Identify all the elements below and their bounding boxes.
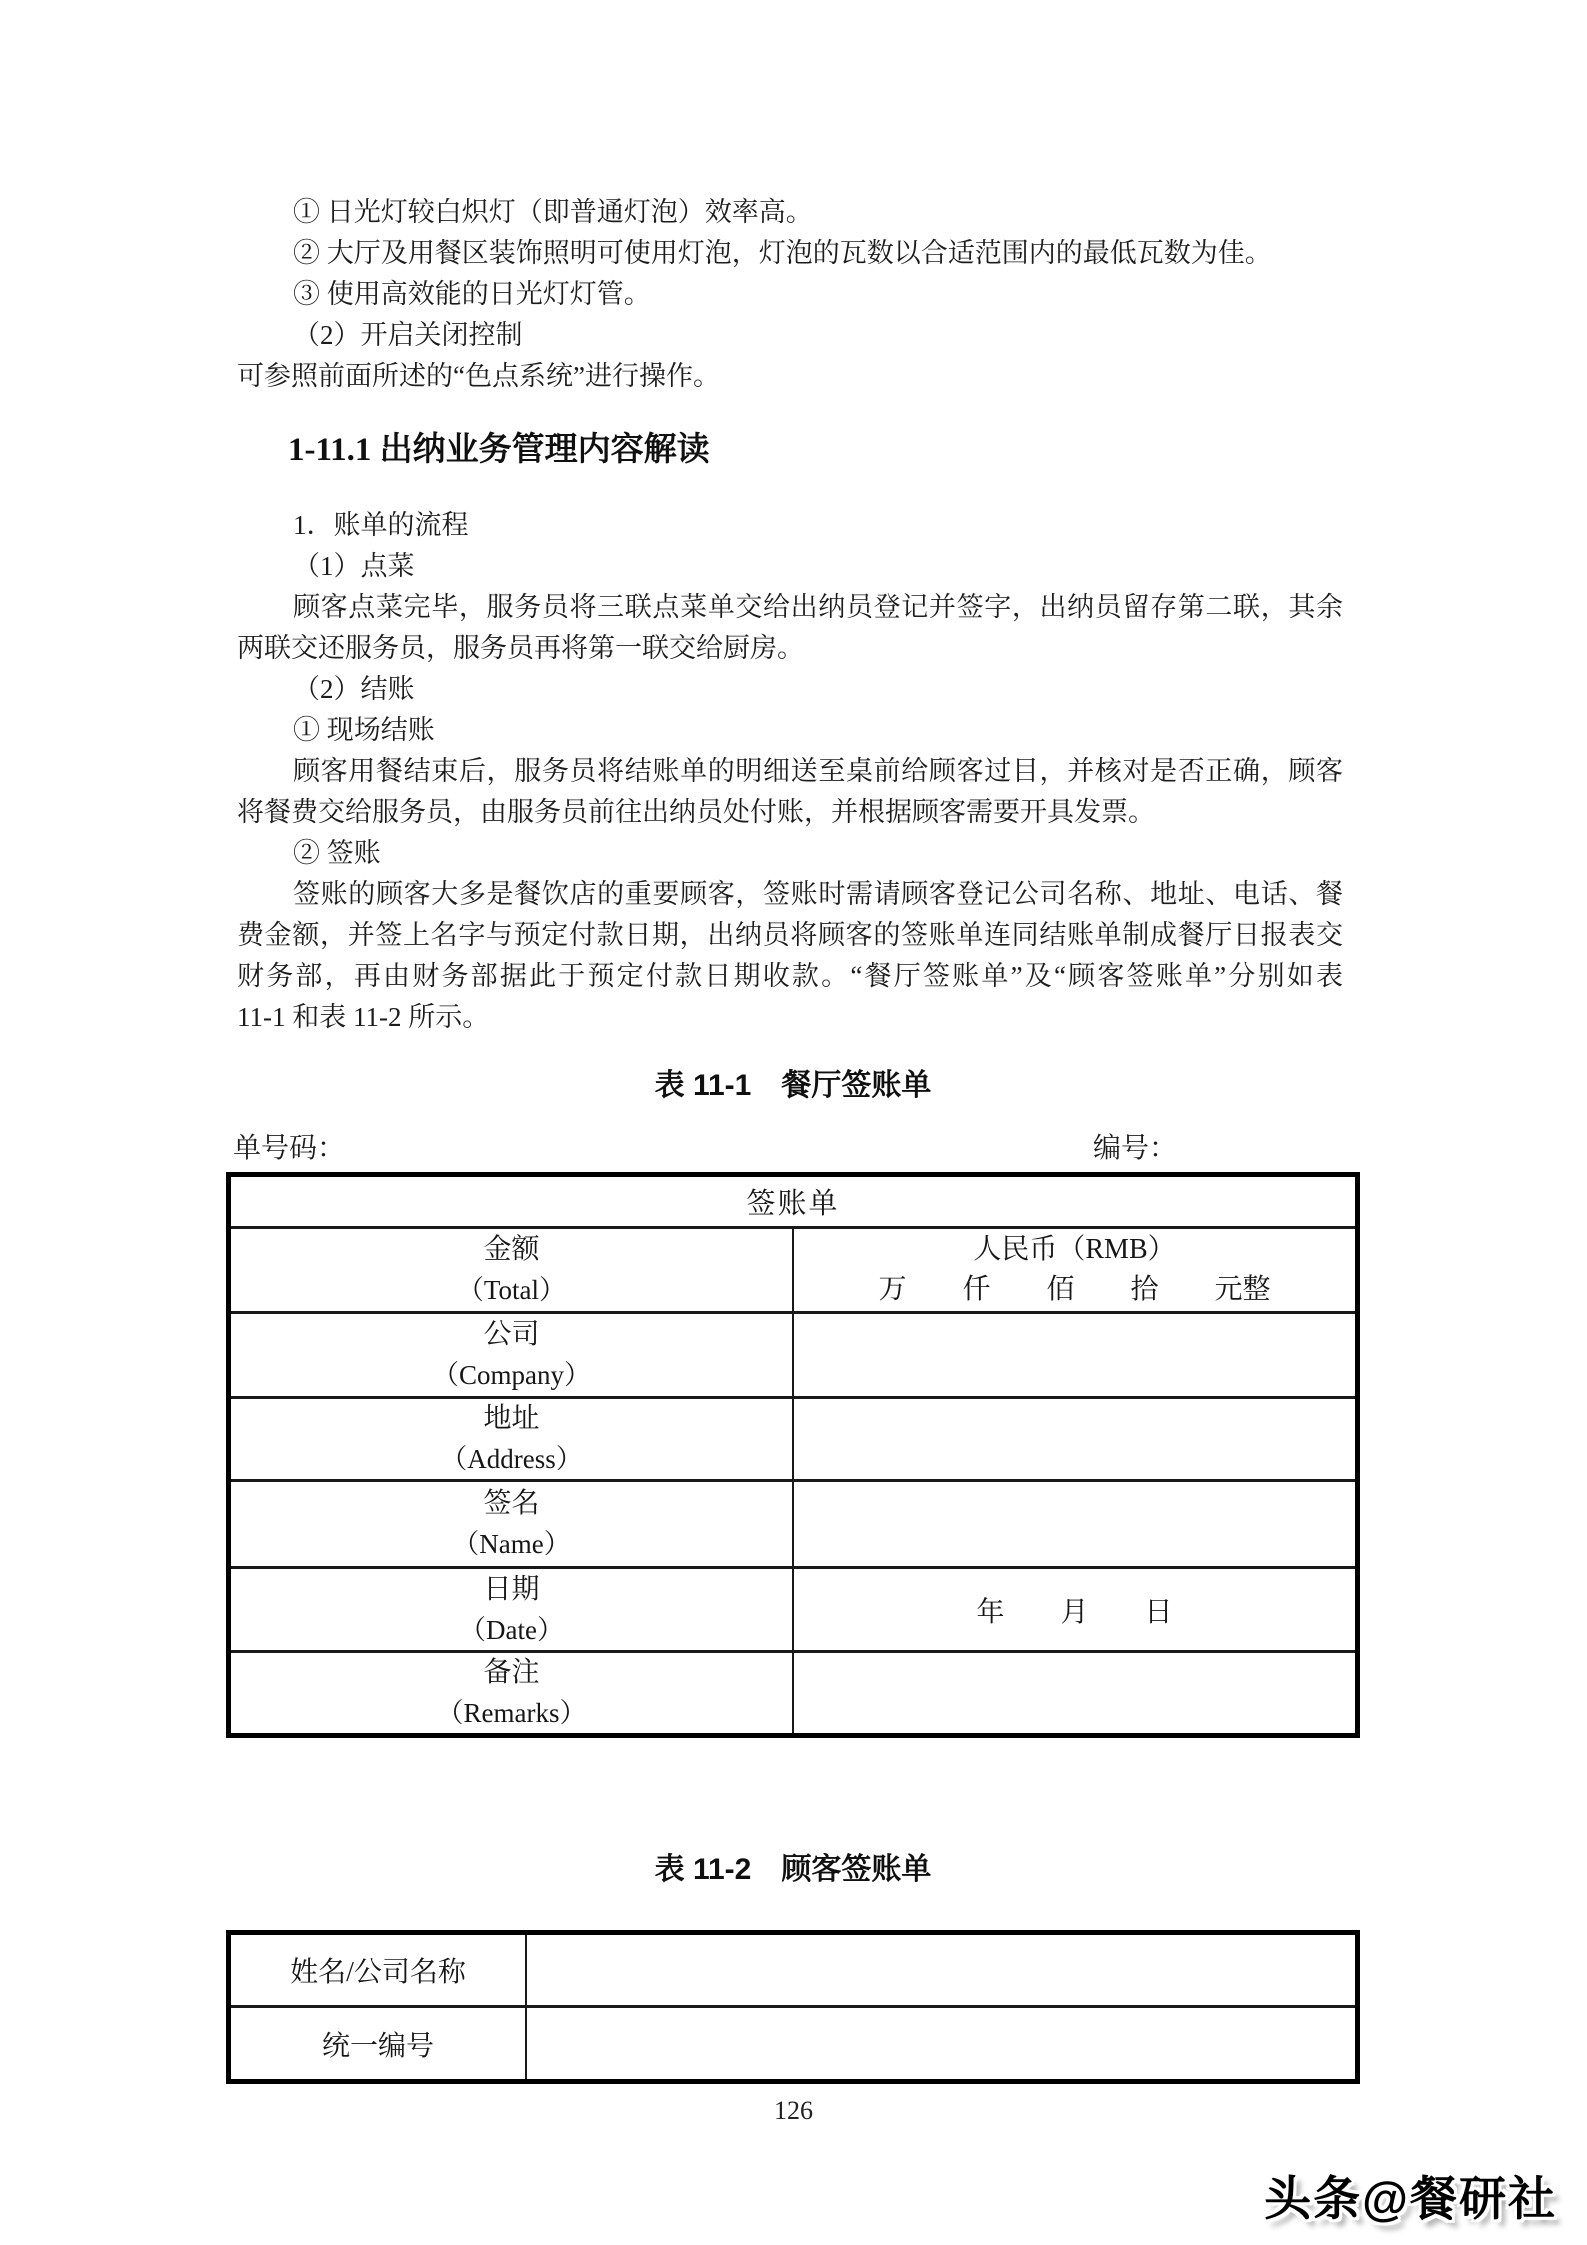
digits-line: 万 仟 佰 拾 元整 — [794, 1270, 1355, 1310]
paragraph-block-1: ① 日光灯较白炽灯（即普通灯泡）效率高。 ② 大厅及用餐区装饰照明可使用灯泡，灯… — [237, 192, 1343, 397]
row-label-en: （Date） — [231, 1610, 792, 1650]
table-row: 统一编号 — [229, 2007, 1358, 2082]
table-row: 公司 （Company） — [229, 1313, 1358, 1398]
body-line: 财务部，再由财务部据此于预定付款日期收款。“餐厅签账单”及“顾客签账单”分别如表 — [237, 956, 1343, 997]
page-number: 126 — [0, 2096, 1587, 2126]
body-line: 顾客点菜完毕，服务员将三联点菜单交给出纳员登记并签字，出纳员留存第二联，其余 — [237, 587, 1343, 628]
table-row: 地址 （Address） — [229, 1398, 1358, 1481]
row-label-en: （Total） — [231, 1270, 792, 1310]
row-label: 金额 （Total） — [229, 1228, 794, 1313]
body-line: ② 签账 — [237, 833, 1343, 874]
body-line: ① 日光灯较白炽灯（即普通灯泡）效率高。 — [237, 192, 1343, 233]
body-line: 1．账单的流程 — [237, 505, 1343, 546]
row-value — [793, 1481, 1358, 1568]
body-line: 签账的顾客大多是餐饮店的重要顾客，签账时需请顾客登记公司名称、地址、电话、餐 — [237, 874, 1343, 915]
row-label: 公司 （Company） — [229, 1313, 794, 1398]
table1-meta-row: 单号码： 编号： — [226, 1128, 1360, 1169]
doc-number-label: 单号码： — [233, 1128, 345, 1169]
row-label-cn: 地址 — [231, 1399, 792, 1439]
customer-sign-bill-table: 姓名/公司名称 统一编号 — [226, 1930, 1360, 2084]
row-label-en: （Address） — [231, 1439, 792, 1479]
body-line: （1）点菜 — [237, 546, 1343, 587]
row-value: 年 月 日 — [793, 1568, 1358, 1652]
body-line: 将餐费交给服务员，由服务员前往出纳员处付账，并根据顾客需要开具发票。 — [237, 792, 1343, 833]
section-heading: 1-11.1 出纳业务管理内容解读 — [288, 430, 710, 470]
row-label: 备注 （Remarks） — [229, 1652, 794, 1736]
currency-line: 人民币（RMB） — [794, 1230, 1355, 1270]
body-line: 顾客用餐结束后，服务员将结账单的明细送至桌前给顾客过目，并核对是否正确，顾客 — [237, 751, 1343, 792]
row-label: 签名 （Name） — [229, 1481, 794, 1568]
table-row: 日期 （Date） 年 月 日 — [229, 1568, 1358, 1652]
row-label: 姓名/公司名称 — [229, 1933, 527, 2007]
row-label-en: （Name） — [231, 1524, 792, 1564]
restaurant-sign-bill-table: 签账单 金额 （Total） 人民币（RMB） 万 仟 佰 拾 元整 公司 （C… — [226, 1172, 1360, 1738]
document-page: ① 日光灯较白炽灯（即普通灯泡）效率高。 ② 大厅及用餐区装饰照明可使用灯泡，灯… — [0, 0, 1587, 2245]
row-value — [526, 2007, 1358, 2082]
body-line: ② 大厅及用餐区装饰照明可使用灯泡，灯泡的瓦数以合适范围内的最低瓦数为佳。 — [237, 233, 1343, 274]
body-line: 11-1 和表 11-2 所示。 — [237, 997, 1343, 1038]
row-label: 地址 （Address） — [229, 1398, 794, 1481]
body-line: 费金额，并签上名字与预定付款日期，出纳员将顾客的签账单连同结账单制成餐厅日报表交 — [237, 915, 1343, 956]
row-label-cn: 日期 — [231, 1570, 792, 1610]
body-line: ③ 使用高效能的日光灯灯管。 — [237, 274, 1343, 315]
body-line: （2）开启关闭控制 — [237, 315, 1343, 356]
row-label-en: （Remarks） — [231, 1693, 792, 1733]
row-value — [526, 1933, 1358, 2007]
row-value — [793, 1652, 1358, 1736]
table2-caption: 表 11-2 顾客签账单 — [226, 1852, 1360, 1888]
table1-caption: 表 11-1 餐厅签账单 — [226, 1068, 1360, 1104]
row-label: 日期 （Date） — [229, 1568, 794, 1652]
serial-number-label: 编号： — [1093, 1128, 1177, 1169]
row-label-cn: 公司 — [231, 1315, 792, 1355]
table-row: 备注 （Remarks） — [229, 1652, 1358, 1736]
body-line: （2）结账 — [237, 669, 1343, 710]
row-label-cn: 金额 — [231, 1230, 792, 1270]
table-row: 姓名/公司名称 — [229, 1933, 1358, 2007]
table-row: 签账单 — [229, 1175, 1358, 1228]
row-value: 人民币（RMB） 万 仟 佰 拾 元整 — [793, 1228, 1358, 1313]
table-row: 签名 （Name） — [229, 1481, 1358, 1568]
row-value — [793, 1398, 1358, 1481]
watermark: 头条@餐研社 — [1264, 2162, 1557, 2229]
row-value — [793, 1313, 1358, 1398]
row-label: 统一编号 — [229, 2007, 527, 2082]
table-row: 金额 （Total） 人民币（RMB） 万 仟 佰 拾 元整 — [229, 1228, 1358, 1313]
row-label-cn: 备注 — [231, 1653, 792, 1693]
body-line: 两联交还服务员，服务员再将第一联交给厨房。 — [237, 628, 1343, 669]
row-label-en: （Company） — [231, 1355, 792, 1395]
paragraph-block-2: 1．账单的流程 （1）点菜 顾客点菜完毕，服务员将三联点菜单交给出纳员登记并签字… — [237, 505, 1343, 1038]
body-line: ① 现场结账 — [237, 710, 1343, 751]
body-line: 可参照前面所述的“色点系统”进行操作。 — [237, 356, 1343, 397]
table-header-cell: 签账单 — [229, 1175, 1358, 1228]
row-label-cn: 签名 — [231, 1484, 792, 1524]
